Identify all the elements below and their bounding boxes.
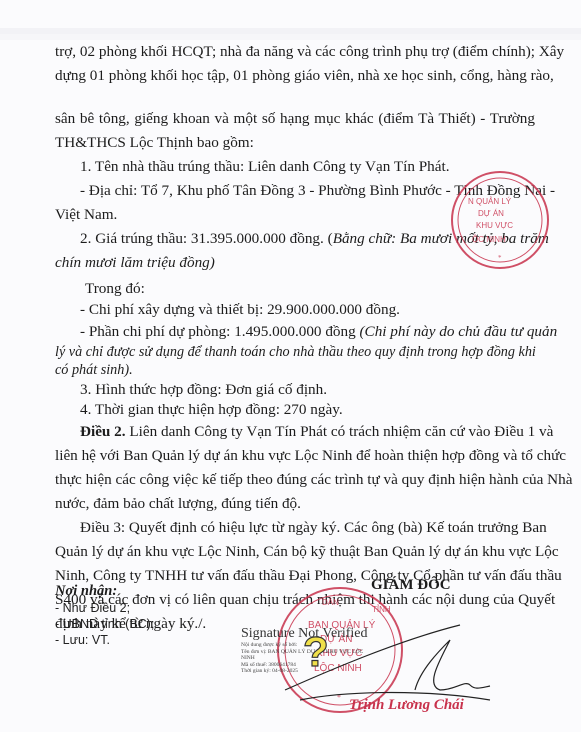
signer-position: GIÁM ĐỐC: [371, 577, 451, 594]
recipient-item: - UBND tỉnh (BC);: [55, 617, 154, 631]
svg-text:N QUẢN LÝ: N QUẢN LÝ: [468, 197, 512, 206]
recipient-item: - Như Điều 2;: [55, 601, 130, 615]
svg-text:KHU VỰC: KHU VỰC: [476, 221, 513, 230]
signer-name: Trịnh Lương Chái: [349, 697, 464, 714]
svg-text:*: *: [498, 254, 502, 262]
svg-text:TỈNH: TỈNH: [372, 605, 391, 614]
svg-text:ỘC NINH: ỘC NINH: [472, 235, 506, 244]
recipients-title: Nơi nhận:: [55, 583, 117, 600]
stamp-icon-upper: N QUẢN LÝ DỰ ÁN KHU VỰC ỘC NINH *: [452, 172, 548, 268]
signature-unverified-icon[interactable]: ?: [303, 632, 329, 672]
recipient-item: - Lưu: VT.: [55, 633, 110, 647]
svg-text:DỰ ÁN: DỰ ÁN: [478, 209, 504, 218]
svg-text:DÂN: DÂN: [322, 598, 339, 607]
